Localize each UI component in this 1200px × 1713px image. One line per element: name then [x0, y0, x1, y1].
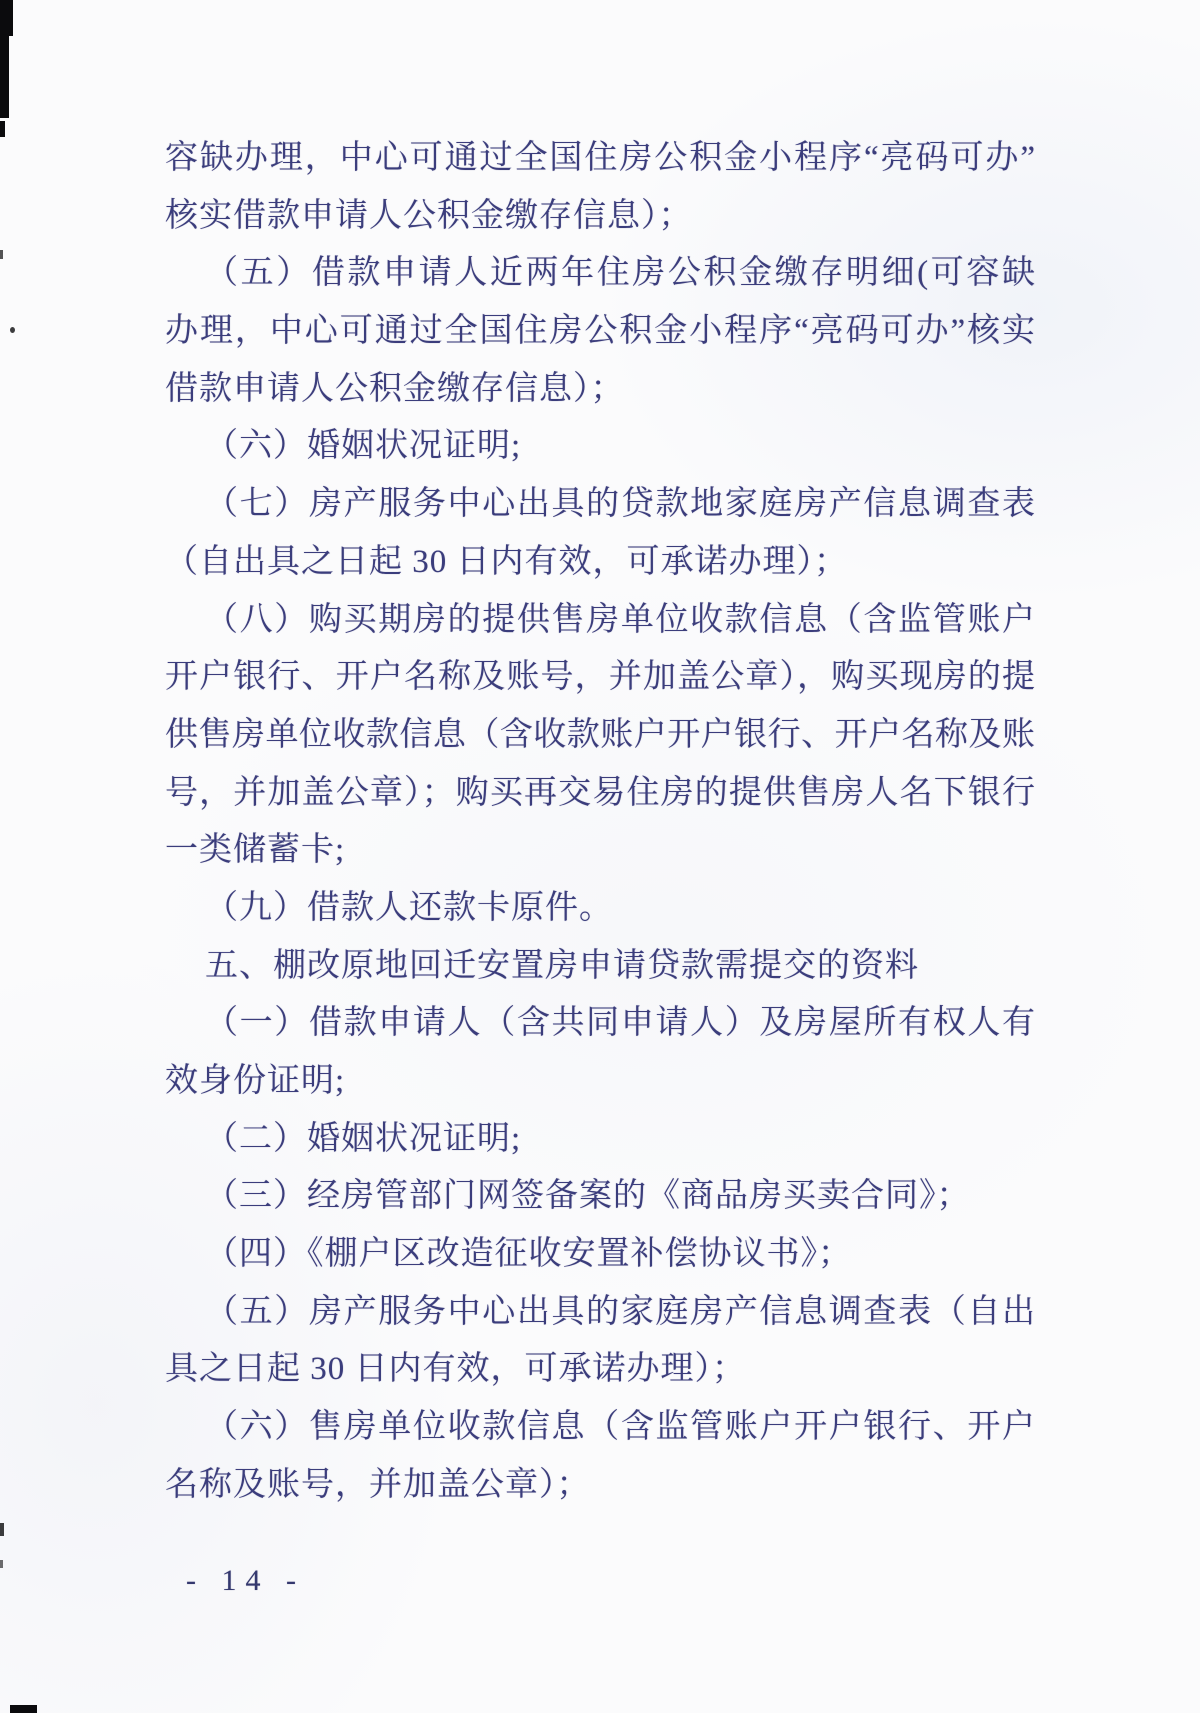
text-line: （一）借款申请人（含共同申请人）及房屋所有权人有	[165, 995, 1035, 1053]
document-page: 容缺办理，中心可通过全国住房公积金小程序“亮码可办”核实借款申请人公积金缴存信息…	[0, 0, 1200, 1713]
scan-artifact-top-nub	[0, 0, 13, 36]
text-line: （二）婚姻状况证明;	[165, 1111, 1035, 1169]
text-line: （五）房产服务中心出具的家庭房产信息调查表（自出	[165, 1284, 1035, 1342]
text-line: 效身份证明;	[165, 1053, 1035, 1111]
scan-artifact-speck	[0, 121, 5, 137]
text-line: （三）经房管部门网签备案的《商品房买卖合同》；	[165, 1168, 1035, 1226]
text-line: （六）婚姻状况证明;	[165, 418, 1035, 476]
scan-artifact-bottom-mark	[10, 1705, 37, 1713]
text-line: 核实借款申请人公积金缴存信息）；	[165, 188, 1035, 246]
text-line: （自出具之日起 30 日内有效，可承诺办理）；	[165, 534, 1035, 592]
scan-artifact-dot	[10, 327, 15, 333]
scan-artifact-speck	[0, 1523, 4, 1536]
text-line: （八）购买期房的提供售房单位收款信息（含监管账户	[165, 592, 1035, 650]
document-body: 容缺办理，中心可通过全国住房公积金小程序“亮码可办”核实借款申请人公积金缴存信息…	[165, 130, 1035, 1515]
text-line: （九）借款人还款卡原件。	[165, 880, 1035, 938]
text-line: （七）房产服务中心出具的贷款地家庭房产信息调查表	[165, 476, 1035, 534]
text-line: 名称及账号，并加盖公章）；	[165, 1457, 1035, 1515]
text-line: 一类储蓄卡;	[165, 822, 1035, 880]
text-line: （五）借款申请人近两年住房公积金缴存明细(可容缺	[165, 245, 1035, 303]
scan-artifact-speck	[0, 1560, 3, 1568]
text-line: 开户银行、开户名称及账号，并加盖公章），购买现房的提	[165, 649, 1035, 707]
text-line: 容缺办理，中心可通过全国住房公积金小程序“亮码可办”	[165, 130, 1035, 188]
scan-artifact-speck	[0, 250, 3, 259]
text-line: （六）售房单位收款信息（含监管账户开户银行、开户	[165, 1399, 1035, 1457]
text-line: 供售房单位收款信息（含收款账户开户银行、开户名称及账	[165, 707, 1035, 765]
text-line: 具之日起 30 日内有效，可承诺办理）；	[165, 1341, 1035, 1399]
text-line: 号，并加盖公章）；购买再交易住房的提供售房人名下银行	[165, 765, 1035, 823]
page-number: - 14 -	[186, 1561, 305, 1601]
text-line: 办理，中心可通过全国住房公积金小程序“亮码可办”核实	[165, 303, 1035, 361]
text-line: 借款申请人公积金缴存信息）；	[165, 361, 1035, 419]
text-line: 五、棚改原地回迁安置房申请贷款需提交的资料	[165, 938, 1035, 996]
text-line: （四）《棚户区改造征收安置补偿协议书》；	[165, 1226, 1035, 1284]
